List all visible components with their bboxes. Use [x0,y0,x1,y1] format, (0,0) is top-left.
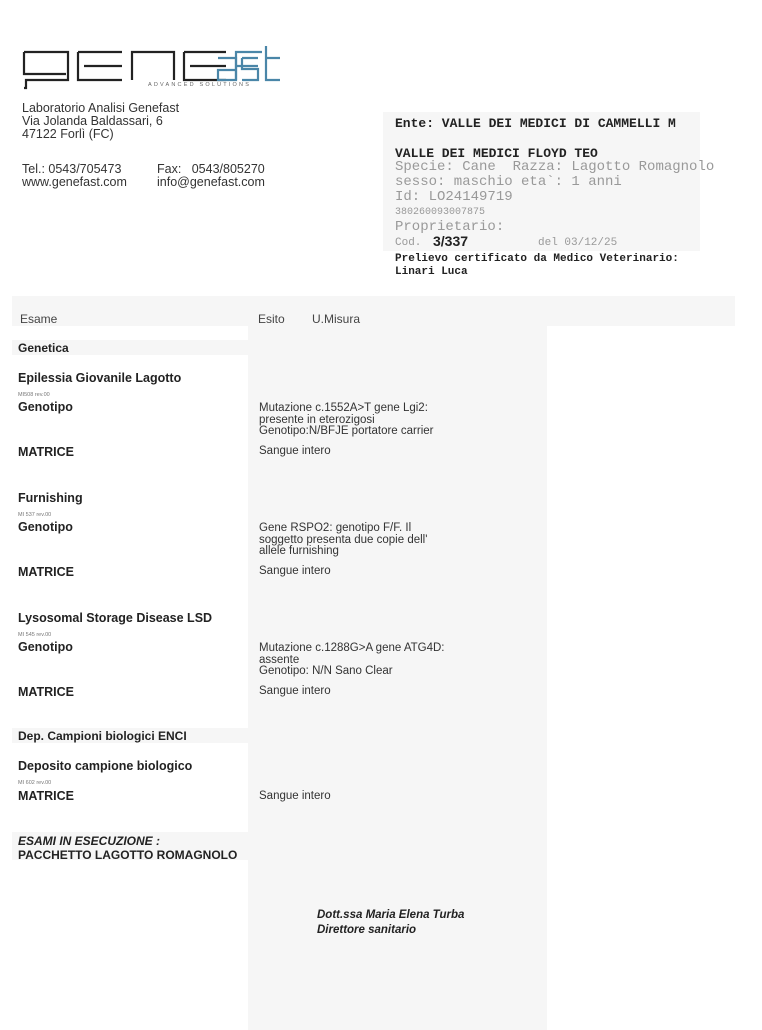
pending-label: ESAMI IN ESECUZIONE : [18,834,160,848]
exam-title: Deposito campione biologico [18,759,192,773]
param-label: MATRICE [18,685,74,699]
exam-method: MI 602 rev.00 [18,780,51,786]
header-unit: U.Misura [312,312,360,326]
code-label: Cod. [395,237,421,249]
lab-city: 47122 Forlì (FC) [22,128,114,141]
result-value: Sangue intero [259,791,539,803]
patient-id: Id: LO24149719 [395,190,513,205]
section-title: Dep. Campioni biologici ENCI [18,729,187,743]
species-breed: Specie: Cane Razza: Lagotto Romagnolo [395,160,714,175]
param-label: Genotipo [18,640,73,654]
exam-title: Furnishing [18,491,83,505]
exam-method: MI 537 rev.00 [18,512,51,518]
param-label: Genotipo [18,400,73,414]
section-title: Genetica [18,341,69,355]
result-value: Mutazione c.1552A>T gene Lgi2: presente … [259,403,539,438]
lab-website: www.genefast.com [22,176,127,189]
exam-method: MI 545 rev.00 [18,632,51,638]
param-label: MATRICE [18,565,74,579]
microchip-number: 380260093007875 [395,207,485,218]
ente: Ente: VALLE DEI MEDICI DI CAMMELLI M [395,116,676,131]
code-date: del 03/12/25 [538,237,617,249]
param-label: MATRICE [18,789,74,803]
exam-method: MI508 rev.00 [18,392,50,398]
code-value: 3/337 [433,233,468,249]
result-value: Sangue intero [259,446,539,458]
header-esame: Esame [20,312,57,326]
sex-age: sesso: maschio eta`: 1 anni [395,175,622,190]
veterinarian-name: Linari Luca [395,266,468,278]
table-header [12,296,735,326]
result-value: Sangue intero [259,686,539,698]
sampling-certification: Prelievo certificato da Medico Veterinar… [395,253,679,265]
result-value: Sangue intero [259,566,539,578]
genefast-logo-fast [170,44,290,84]
lab-email: info@genefast.com [157,176,265,189]
logo-tagline: ADVANCED SOLUTIONS [148,82,251,88]
param-label: Genotipo [18,520,73,534]
header-esito: Esito [258,312,285,326]
signature-role: Direttore sanitario [317,924,416,936]
result-value: Mutazione c.1288G>A gene ATG4D: assente … [259,643,539,678]
exam-title: Lysosomal Storage Disease LSD [18,611,212,625]
pending-item: PACCHETTO LAGOTTO ROMAGNOLO [18,848,237,862]
param-label: MATRICE [18,445,74,459]
exam-title: Epilessia Giovanile Lagotto [18,371,181,385]
result-value: Gene RSPO2: genotipo F/F. Il soggetto pr… [259,523,539,558]
signature-name: Dott.ssa Maria Elena Turba [317,909,464,921]
